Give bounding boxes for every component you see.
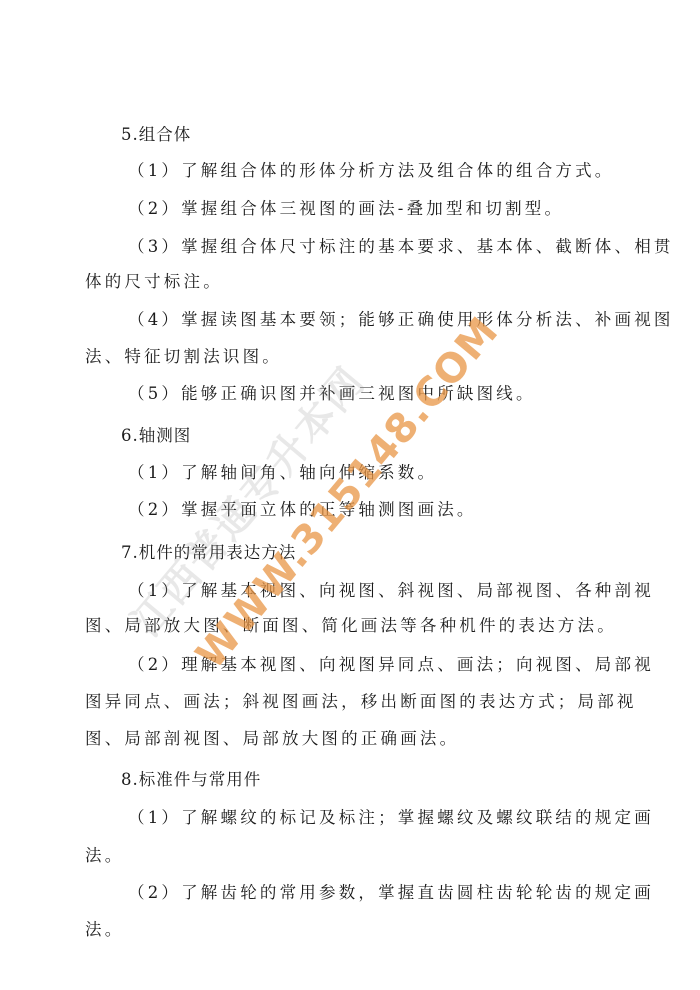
paragraph-line: 体的尺寸标注。 [85, 272, 223, 292]
paragraph-line: （3）掌握组合体尺寸标注的基本要求、基本体、截断体、相贯 [128, 237, 674, 257]
paragraph-line: （5）能够正确识图并补画三视图中所缺图线。 [128, 384, 536, 404]
section-heading-7: 7.机件的常用表达方法 [121, 543, 296, 563]
paragraph-line: 法、特征切割法识图。 [85, 347, 282, 367]
paragraph-line: 图异同点、画法；斜视图画法，移出断面图的表达方式；局部视 [85, 692, 637, 712]
paragraph-line: （1）了解组合体的形体分析方法及组合体的组合方式。 [128, 161, 615, 181]
paragraph-line: （2）了解齿轮的常用参数，掌握直齿圆柱齿轮轮齿的规定画 [128, 883, 654, 903]
section-heading-8: 8.标准件与常用件 [121, 770, 261, 790]
paragraph-line: 法。 [85, 920, 124, 940]
paragraph-line: 图、局部放大图、断面图、简化画法等各种机件的表达方法。 [85, 616, 617, 636]
paragraph-line: （1）了解螺纹的标记及标注；掌握螺纹及螺纹联结的规定画 [128, 808, 654, 828]
paragraph-line: （1）了解基本视图、向视图、斜视图、局部视图、各种剖视 [128, 581, 654, 601]
paragraph-line: （2）掌握平面立体的正等轴测图画法。 [128, 500, 477, 520]
paragraph-line: 图、局部剖视图、局部放大图的正确画法。 [85, 729, 459, 749]
paragraph-line: 法。 [85, 846, 124, 866]
paragraph-line: （2）掌握组合体三视图的画法-叠加型和切割型。 [128, 199, 564, 219]
document-page: 5.组合体 （1）了解组合体的形体分析方法及组合体的组合方式。 （2）掌握组合体… [0, 0, 700, 990]
paragraph-line: （1）了解轴间角、轴向伸缩系数。 [128, 463, 437, 483]
section-heading-6: 6.轴测图 [121, 426, 191, 446]
paragraph-line: （4）掌握读图基本要领；能够正确使用形体分析法、补画视图 [128, 310, 674, 330]
paragraph-line: （2）理解基本视图、向视图异同点、画法；向视图、局部视 [128, 655, 654, 675]
section-heading-5: 5.组合体 [121, 125, 191, 145]
